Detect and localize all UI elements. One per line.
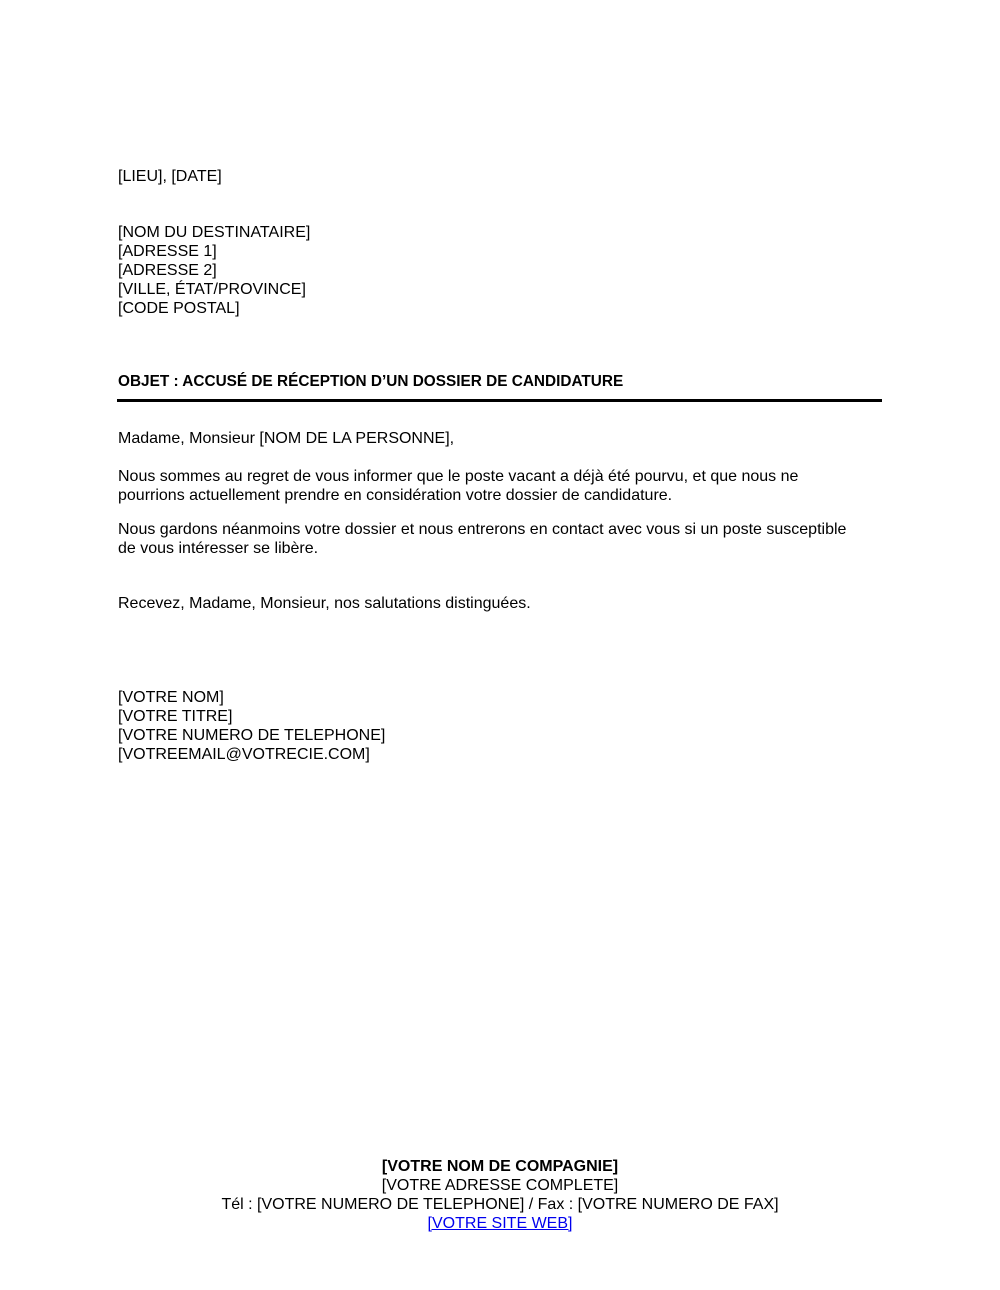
signature-title: [VOTRE TITRE] bbox=[118, 707, 385, 726]
body-paragraph-2: Nous gardons néanmoins votre dossier et … bbox=[118, 520, 888, 558]
body-paragraph-1: Nous sommes au regret de vous informer q… bbox=[118, 467, 888, 505]
paragraph-line: Nous sommes au regret de vous informer q… bbox=[118, 467, 888, 486]
paragraph-line: de vous intéresser se libère. bbox=[118, 539, 888, 558]
footer-website-link[interactable]: [VOTRE SITE WEB] bbox=[428, 1215, 573, 1232]
recipient-address-block: [NOM DU DESTINATAIRE] [ADRESSE 1] [ADRES… bbox=[118, 223, 310, 318]
recipient-address-2: [ADRESSE 2] bbox=[118, 261, 310, 280]
place-date: [LIEU], [DATE] bbox=[118, 167, 222, 186]
recipient-city-state: [VILLE, ÉTAT/PROVINCE] bbox=[118, 280, 310, 299]
closing-formula: Recevez, Madame, Monsieur, nos salutatio… bbox=[118, 594, 531, 613]
footer-company-name: [VOTRE NOM DE COMPAGNIE] bbox=[0, 1157, 1000, 1176]
signature-email: [VOTREEMAIL@VOTRECIE.COM] bbox=[118, 745, 385, 764]
signature-block: [VOTRE NOM] [VOTRE TITRE] [VOTRE NUMERO … bbox=[118, 688, 385, 764]
subject-line: OBJET : ACCUSÉ DE RÉCEPTION D’UN DOSSIER… bbox=[118, 372, 623, 391]
footer-contact: Tél : [VOTRE NUMERO DE TELEPHONE] / Fax … bbox=[0, 1195, 1000, 1214]
footer-address: [VOTRE ADRESSE COMPLETE] bbox=[0, 1176, 1000, 1195]
signature-name: [VOTRE NOM] bbox=[118, 688, 385, 707]
recipient-name: [NOM DU DESTINATAIRE] bbox=[118, 223, 310, 242]
company-footer: [VOTRE NOM DE COMPAGNIE] [VOTRE ADRESSE … bbox=[0, 1157, 1000, 1233]
paragraph-line: pourrions actuellement prendre en consid… bbox=[118, 486, 888, 505]
paragraph-line: Nous gardons néanmoins votre dossier et … bbox=[118, 520, 888, 539]
salutation: Madame, Monsieur [NOM DE LA PERSONNE], bbox=[118, 429, 454, 448]
recipient-address-1: [ADRESSE 1] bbox=[118, 242, 310, 261]
recipient-postal-code: [CODE POSTAL] bbox=[118, 299, 310, 318]
signature-phone: [VOTRE NUMERO DE TELEPHONE] bbox=[118, 726, 385, 745]
subject-divider bbox=[117, 399, 882, 402]
